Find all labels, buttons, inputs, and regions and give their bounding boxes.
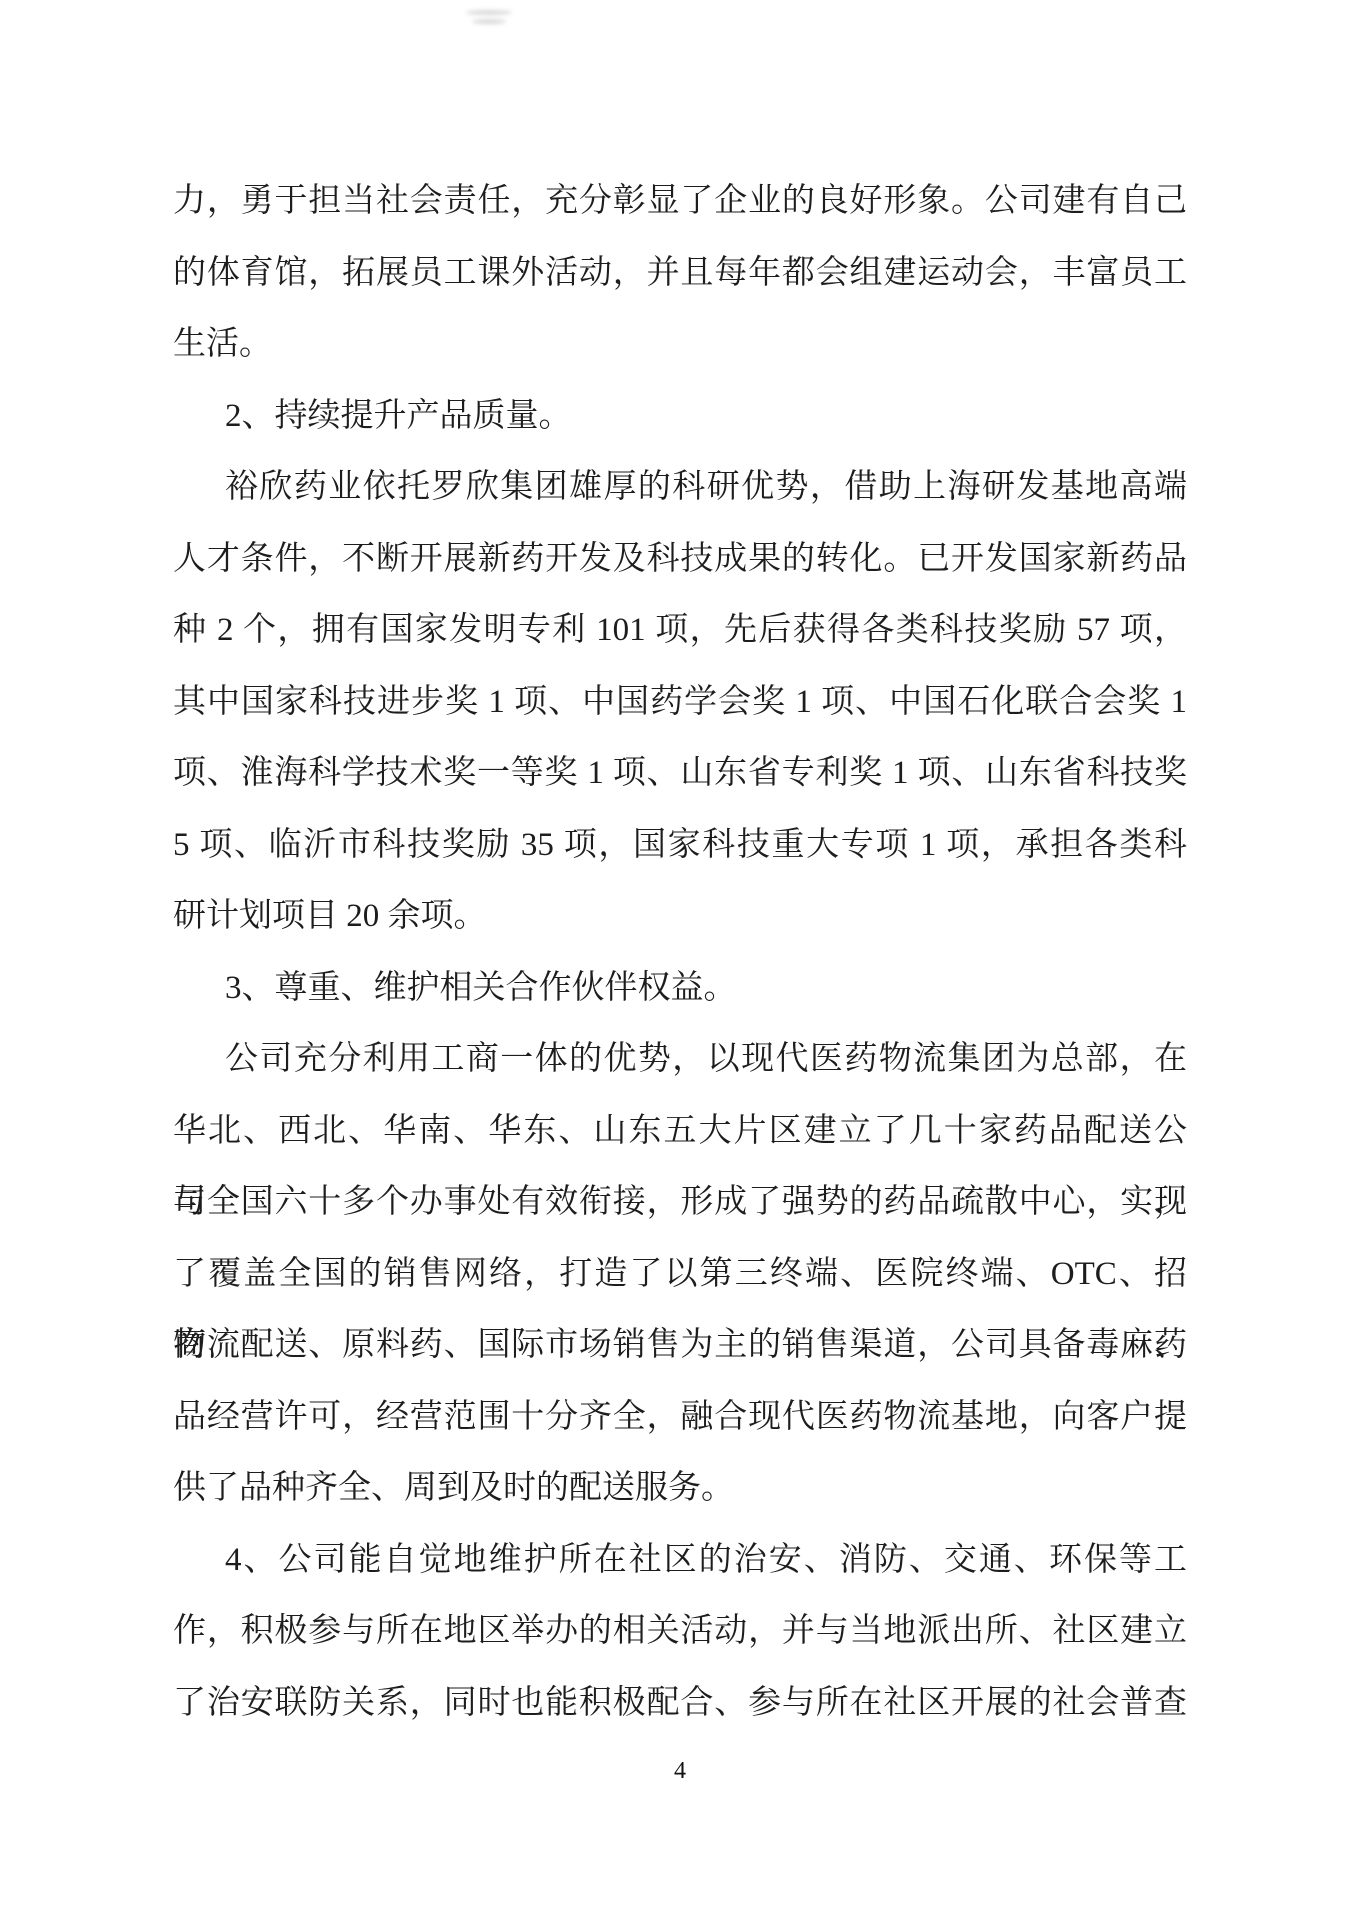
text-line: 力，勇于担当社会责任，充分彰显了企业的良好形象。公司建有自己 — [173, 166, 1187, 238]
document-page: 力，勇于担当社会责任，充分彰显了企业的良好形象。公司建有自己 的体育馆，拓展员工… — [0, 0, 1358, 1920]
text-line: 研计划项目 20 余项。 — [173, 881, 1187, 953]
text-line: 了覆盖全国的销售网络，打造了以第三终端、医院终端、OTC、招商、 — [173, 1239, 1187, 1311]
page-number: 4 — [173, 1756, 1187, 1786]
text-line: 5 项、临沂市科技奖励 35 项，国家科技重大专项 1 项，承担各类科 — [173, 810, 1187, 882]
text-line: 与全国六十多个办事处有效衔接，形成了强势的药品疏散中心，实现 — [173, 1167, 1187, 1239]
text-line: 物流配送、原料药、国际市场销售为主的销售渠道，公司具备毒麻药 — [173, 1310, 1187, 1382]
text-block: 力，勇于担当社会责任，充分彰显了企业的良好形象。公司建有自己 的体育馆，拓展员工… — [173, 166, 1187, 1739]
text-line: 生活。 — [173, 309, 1187, 381]
text-line: 人才条件，不断开展新药开发及科技成果的转化。已开发国家新药品 — [173, 524, 1187, 596]
text-line: 其中国家科技进步奖 1 项、中国药学会奖 1 项、中国石化联合会奖 1 — [173, 667, 1187, 739]
text-line: 项、淮海科学技术奖一等奖 1 项、山东省专利奖 1 项、山东省科技奖 — [173, 738, 1187, 810]
scan-artifact — [466, 8, 512, 26]
text-line: 品经营许可，经营范围十分齐全，融合现代医药物流基地，向客户提 — [173, 1382, 1187, 1454]
heading-line: 2、持续提升产品质量。 — [173, 381, 1187, 453]
text-line: 了治安联防关系，同时也能积极配合、参与所在社区开展的社会普查 — [173, 1668, 1187, 1740]
heading-line: 3、尊重、维护相关合作伙伴权益。 — [173, 953, 1187, 1025]
text-line: 种 2 个，拥有国家发明专利 101 项，先后获得各类科技奖励 57 项， — [173, 595, 1187, 667]
text-line: 裕欣药业依托罗欣集团雄厚的科研优势，借助上海研发基地高端 — [173, 452, 1187, 524]
text-line: 作，积极参与所在地区举办的相关活动，并与当地派出所、社区建立 — [173, 1596, 1187, 1668]
text-line: 公司充分利用工商一体的优势，以现代医药物流集团为总部，在 — [173, 1024, 1187, 1096]
text-line: 供了品种齐全、周到及时的配送服务。 — [173, 1453, 1187, 1525]
text-line: 4、公司能自觉地维护所在社区的治安、消防、交通、环保等工 — [173, 1525, 1187, 1597]
text-line: 华北、西北、华南、华东、山东五大片区建立了几十家药品配送公司， — [173, 1096, 1187, 1168]
text-line: 的体育馆，拓展员工课外活动，并且每年都会组建运动会，丰富员工 — [173, 238, 1187, 310]
